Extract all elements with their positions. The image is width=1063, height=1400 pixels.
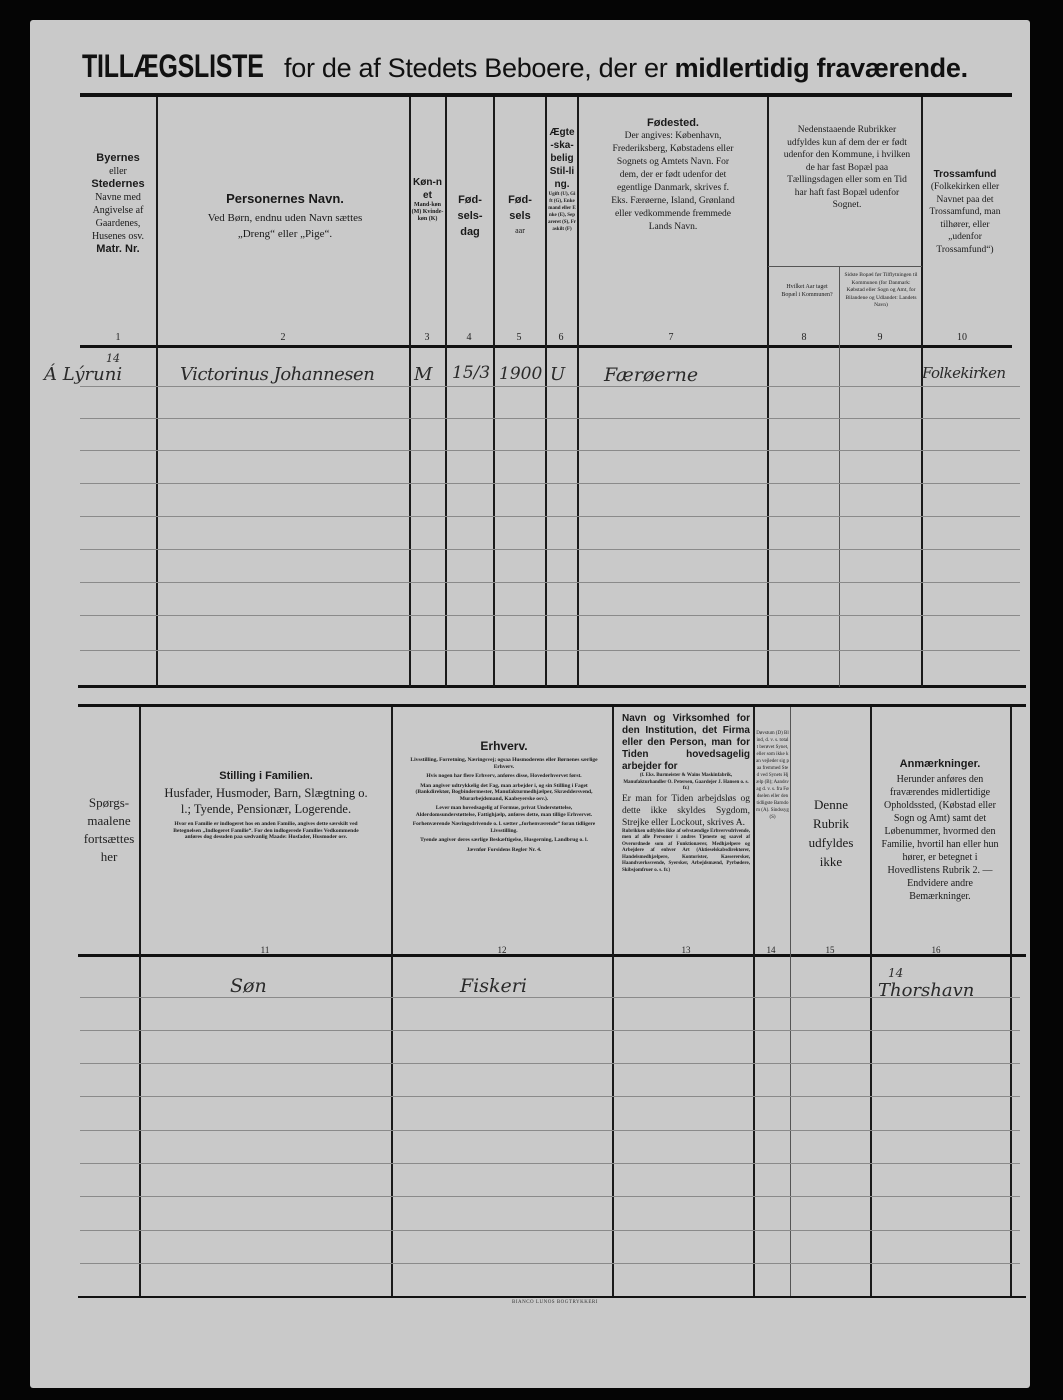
col12-p6: Tyende angiver deres særlige Beskæftigel… — [410, 837, 598, 844]
col5-text: aar — [498, 224, 542, 237]
col-divider — [870, 707, 872, 1297]
col-num-5: 5 — [509, 332, 529, 343]
entry-sex: M — [414, 364, 432, 385]
row-line — [80, 418, 1020, 419]
col5-header: Fød-sels aar — [498, 192, 542, 237]
col-divider — [445, 97, 447, 687]
col-divider — [493, 97, 495, 687]
row-line — [80, 1130, 1020, 1131]
col1-text: eller — [82, 165, 154, 178]
col-num-11: 11 — [255, 945, 275, 955]
col5-heading: Fød-sels — [498, 192, 542, 224]
row-line — [80, 1096, 1020, 1097]
col11-heading: Stilling i Familien. — [150, 770, 382, 783]
col12-p4: Lever man hovedsagelig af Formue, privat… — [410, 805, 598, 818]
col3-header: Køn-net Mand-køn (M) Kvinde-køn (K) — [411, 176, 444, 223]
title-mid: for de af Stedets Beboere, der er — [284, 53, 667, 83]
entry-place-text: Á Lýruni — [44, 364, 122, 385]
bottom-table-bottom-rule — [78, 1296, 1026, 1298]
col2-heading: Personernes Navn. — [190, 192, 380, 205]
entry-remarks: Thorshavn 14 — [878, 980, 974, 1001]
col-num-10: 10 — [952, 332, 972, 343]
col12-header: Erhverv. Livsstilling, Forretning, Nærin… — [410, 740, 598, 853]
col-divider — [790, 707, 791, 1297]
col11-text: Husfader, Husmoder, Barn, Slægtning o. l… — [150, 785, 382, 817]
col4-header: Fød-sels-dag — [450, 192, 490, 240]
col1-header: Byernes eller Stedernes Navne med Angive… — [82, 152, 154, 256]
col13-heading: Navn og Virksomhed for den Institution, … — [622, 713, 750, 773]
row-line — [80, 1196, 1020, 1197]
entry-occupation: Fiskeri — [460, 975, 527, 997]
bottom-header-rule — [78, 954, 1026, 957]
col-num-3: 3 — [417, 332, 437, 343]
row-line — [80, 1263, 1020, 1264]
bottom-top-rule — [78, 704, 1026, 707]
col1-heading3: Matr. Nr. — [82, 243, 154, 256]
col-num-1: 1 — [108, 332, 128, 343]
col13-small1: (f. Eks. Burmeister & Wains Maskinfabrik… — [622, 773, 750, 793]
col-divider — [139, 707, 141, 1297]
col-divider — [767, 97, 769, 687]
col10-header: Trossamfund (Folkekirken eller Navnet pa… — [925, 168, 1005, 256]
col16-header: Anmærkninger. Herunder anføres den fravæ… — [876, 758, 1004, 903]
row-line — [80, 483, 1020, 484]
row-line — [80, 450, 1020, 451]
col12-p2: Hvis nogen har flere Erhverv, anføres di… — [410, 773, 598, 780]
title-bold: TILLÆGSLISTE — [82, 48, 264, 85]
col-divider — [156, 97, 158, 687]
col9-header: Sidste Bopæl før Tilflytningen til Kommu… — [842, 272, 920, 310]
col10-heading: Trossamfund — [925, 168, 1005, 181]
col1-heading2: Stedernes — [82, 178, 154, 191]
col-num-14: 14 — [761, 945, 781, 955]
col7-text: Der angives: København, Frederiksberg, K… — [608, 130, 738, 234]
entry-family-position: Søn — [230, 975, 267, 997]
entry-remarks-number: 14 — [888, 966, 903, 980]
col6-heading: Ægte-ska-belig Stil-ling. — [548, 126, 576, 191]
col2-text: Ved Børn, endnu uden Navn sættes „Dreng“… — [190, 210, 380, 242]
col11-small: Hvor en Familie er indlogeret hos en and… — [150, 817, 382, 841]
row-line — [80, 386, 1020, 387]
col-num-13: 13 — [676, 945, 696, 955]
col-num-8: 8 — [794, 332, 814, 343]
col7-header: Fødested. Der angives: København, Freder… — [608, 117, 738, 234]
col10-text: (Folkekirken eller Navnet paa det Trossa… — [925, 181, 1005, 256]
col16-text: Herunder anføres den fraværendes midlert… — [876, 773, 1004, 903]
col13-text: Er man for Tiden arbejdsløs og dette ikk… — [622, 793, 750, 829]
row-line — [80, 1063, 1020, 1064]
col12-p7: Jævnfør Forsidens Regler Nr. 4. — [410, 847, 598, 854]
col12-p5: Forhenværende Næringsdrivende o. l. sætt… — [410, 821, 598, 834]
col12-p1: Livsstilling, Forretning, Næringsvej; og… — [410, 757, 598, 770]
row-line — [80, 516, 1020, 517]
col-num-7: 7 — [661, 332, 681, 343]
col3-heading: Køn-net — [411, 176, 444, 202]
col7-heading: Fødested. — [608, 117, 738, 130]
col13-header: Navn og Virksomhed for den Institution, … — [622, 713, 750, 874]
col-divider — [391, 707, 393, 1297]
row-line — [80, 650, 1020, 651]
col4-heading: Fød-sels-dag — [450, 192, 490, 240]
row-line — [80, 1030, 1020, 1031]
subheader-divider — [768, 266, 922, 267]
col14-header: Døvstum (D) Blind, d. v. s. totalt berøv… — [756, 730, 789, 821]
col-num-15: 15 — [820, 945, 840, 955]
col6-text: Ugift (U), Gift (G), Enkemand eller Enke… — [548, 191, 576, 233]
row-line — [80, 582, 1020, 583]
col12-p3: Man angiver udtrykkelig det Fag, man arb… — [410, 783, 598, 803]
row-line — [80, 1163, 1020, 1164]
col-divider — [577, 97, 579, 687]
top-table-bottom-rule — [78, 685, 1026, 688]
title-end: midlertidig fraværende. — [675, 53, 968, 83]
col-divider — [921, 97, 923, 687]
form-title: TILLÆGSLISTE for de af Stedets Beboere, … — [82, 48, 1032, 85]
col1-text2: Navne med Angivelse af Gaardenes, Husene… — [82, 191, 154, 243]
col-divider — [1010, 707, 1012, 1297]
col-num-12: 12 — [492, 945, 512, 955]
entry-birthyear: 1900 — [499, 364, 542, 384]
row-line — [80, 549, 1020, 550]
col-num-6: 6 — [551, 332, 571, 343]
entry-birthday: 15/3 — [452, 363, 490, 383]
col15-header: Denne Rubrik udfyldes ikke — [800, 795, 862, 871]
side-note: Spørgs-maalene fortsættes her — [80, 794, 138, 866]
col-num-9: 9 — [870, 332, 890, 343]
col3-text: Mand-køn (M) Kvinde-køn (K) — [411, 202, 444, 223]
entry-name: Victorinus Johannesen — [180, 364, 374, 385]
col8-header: Hvilket Aar taget Bopæl i Kommunen? — [781, 283, 833, 299]
col8-9-group-header: Nedenstaaende Rubrikker udfyldes kun af … — [782, 124, 912, 212]
row-line — [80, 1230, 1020, 1231]
col-num-4: 4 — [459, 332, 479, 343]
col-divider — [753, 707, 755, 1297]
col-divider — [545, 97, 547, 687]
col-divider — [612, 707, 614, 1297]
entry-place: Á Lýruni 14 — [44, 364, 122, 385]
printer-note: BIANCO LUNOS BOGTRYKKERI — [512, 1300, 598, 1305]
col13-small2: Rubrikken udfyldes ikke af selvstændige … — [622, 829, 750, 875]
col12-heading: Erhverv. — [410, 740, 598, 753]
col-num-16: 16 — [926, 945, 946, 955]
entry-place-number: 14 — [106, 352, 120, 365]
col11-header: Stilling i Familien. Husfader, Husmoder,… — [150, 770, 382, 841]
col16-heading: Anmærkninger. — [876, 758, 1004, 771]
col-divider — [839, 267, 840, 687]
col1-heading: Byernes — [82, 152, 154, 165]
entry-remarks-text: Thorshavn — [878, 980, 974, 1001]
entry-religion: Folkekirken — [922, 364, 1005, 382]
col-num-2: 2 — [273, 332, 293, 343]
entry-birthplace: Færøerne — [604, 364, 698, 386]
col6-header: Ægte-ska-belig Stil-ling. Ugift (U), Gif… — [548, 126, 576, 233]
col2-header: Personernes Navn. Ved Børn, endnu uden N… — [190, 192, 380, 242]
row-line — [80, 615, 1020, 616]
entry-marital-status: U — [550, 364, 565, 385]
